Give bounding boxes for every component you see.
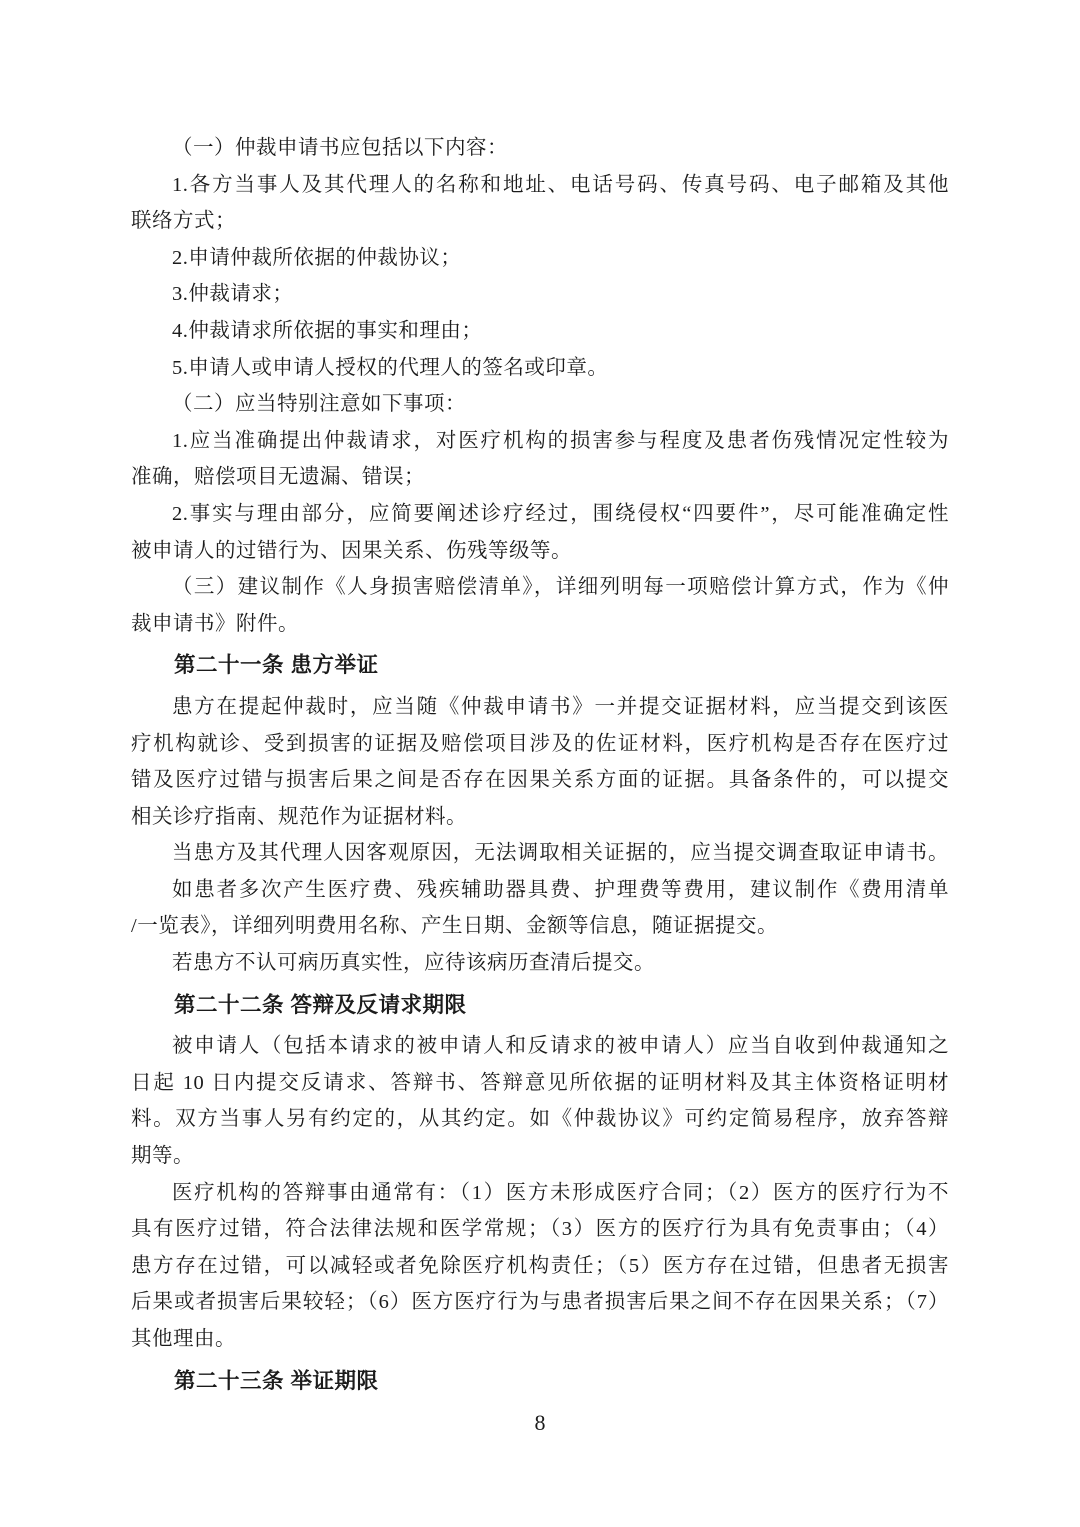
section-heading-article-21: 第二十一条 患方举证 bbox=[131, 647, 949, 684]
text-line: （一）仲裁申请书应包括以下内容： bbox=[131, 130, 949, 167]
text-line: 被申请人（包括本请求的被申请人和反请求的被申请人）应当自收到仲裁通知之 bbox=[131, 1028, 949, 1065]
document-page: （一）仲裁申请书应包括以下内容： 1.各方当事人及其代理人的名称和地址、电话号码… bbox=[0, 0, 1080, 1527]
text-line: 1.应当准确提出仲裁请求，对医疗机构的损害参与程度及患者伤残情况定性较为 bbox=[131, 423, 949, 460]
text-line: 2.申请仲裁所依据的仲裁协议； bbox=[131, 240, 949, 277]
text-line: 患方在提起仲裁时，应当随《仲裁申请书》一并提交证据材料，应当提交到该医 bbox=[131, 689, 949, 726]
section-heading-article-22: 第二十二条 答辩及反请求期限 bbox=[131, 987, 949, 1024]
text-line: 若患方不认可病历真实性，应待该病历查清后提交。 bbox=[131, 945, 949, 982]
text-line: 被申请人的过错行为、因果关系、伤残等级等。 bbox=[131, 533, 949, 570]
text-line: 裁申请书》附件。 bbox=[131, 606, 949, 643]
text-line: 医疗机构的答辩事由通常有：（1）医方未形成医疗合同；（2）医方的医疗行为不 bbox=[131, 1175, 949, 1212]
text-line: 疗机构就诊、受到损害的证据及赔偿项目涉及的佐证材料，医疗机构是否存在医疗过 bbox=[131, 726, 949, 763]
text-line: 联络方式； bbox=[131, 203, 949, 240]
text-line: 具有医疗过错，符合法律法规和医学常规；（3）医方的医疗行为具有免责事由；（4） bbox=[131, 1211, 949, 1248]
text-line: 3.仲裁请求； bbox=[131, 276, 949, 313]
text-line: 当患方及其代理人因客观原因，无法调取相关证据的，应当提交调查取证申请书。 bbox=[131, 835, 949, 872]
text-line: 准确，赔偿项目无遗漏、错误； bbox=[131, 459, 949, 496]
page-footer: 8 bbox=[0, 1410, 1080, 1436]
text-line: 4.仲裁请求所依据的事实和理由； bbox=[131, 313, 949, 350]
text-line: 错及医疗过错与损害后果之间是否存在因果关系方面的证据。具备条件的，可以提交 bbox=[131, 762, 949, 799]
text-line: 相关诊疗指南、规范作为证据材料。 bbox=[131, 799, 949, 836]
document-body: （一）仲裁申请书应包括以下内容： 1.各方当事人及其代理人的名称和地址、电话号码… bbox=[131, 130, 949, 1404]
text-line: 其他理由。 bbox=[131, 1321, 949, 1358]
text-line: （二）应当特别注意如下事项： bbox=[131, 386, 949, 423]
text-line: 如患者多次产生医疗费、残疾辅助器具费、护理费等费用，建议制作《费用清单 bbox=[131, 872, 949, 909]
text-line: 2.事实与理由部分，应简要阐述诊疗经过，围绕侵权“四要件”，尽可能准确定性 bbox=[131, 496, 949, 533]
text-line: 后果或者损害后果较轻；（6）医方医疗行为与患者损害后果之间不存在因果关系；（7） bbox=[131, 1284, 949, 1321]
text-line: /一览表》，详细列明费用名称、产生日期、金额等信息，随证据提交。 bbox=[131, 908, 949, 945]
section-heading-article-23: 第二十三条 举证期限 bbox=[131, 1363, 949, 1400]
text-line: 1.各方当事人及其代理人的名称和地址、电话号码、传真号码、电子邮箱及其他 bbox=[131, 167, 949, 204]
text-line: 5.申请人或申请人授权的代理人的签名或印章。 bbox=[131, 350, 949, 387]
text-line: 期等。 bbox=[131, 1138, 949, 1175]
text-line: 料。双方当事人另有约定的，从其约定。如《仲裁协议》可约定简易程序，放弃答辩 bbox=[131, 1101, 949, 1138]
text-line: （三）建议制作《人身损害赔偿清单》，详细列明每一项赔偿计算方式，作为《仲 bbox=[131, 569, 949, 606]
text-line: 患方存在过错，可以减轻或者免除医疗机构责任；（5）医方存在过错，但患者无损害 bbox=[131, 1248, 949, 1285]
page-number: 8 bbox=[535, 1410, 546, 1435]
text-line: 日起 10 日内提交反请求、答辩书、答辩意见所依据的证明材料及其主体资格证明材 bbox=[131, 1065, 949, 1102]
